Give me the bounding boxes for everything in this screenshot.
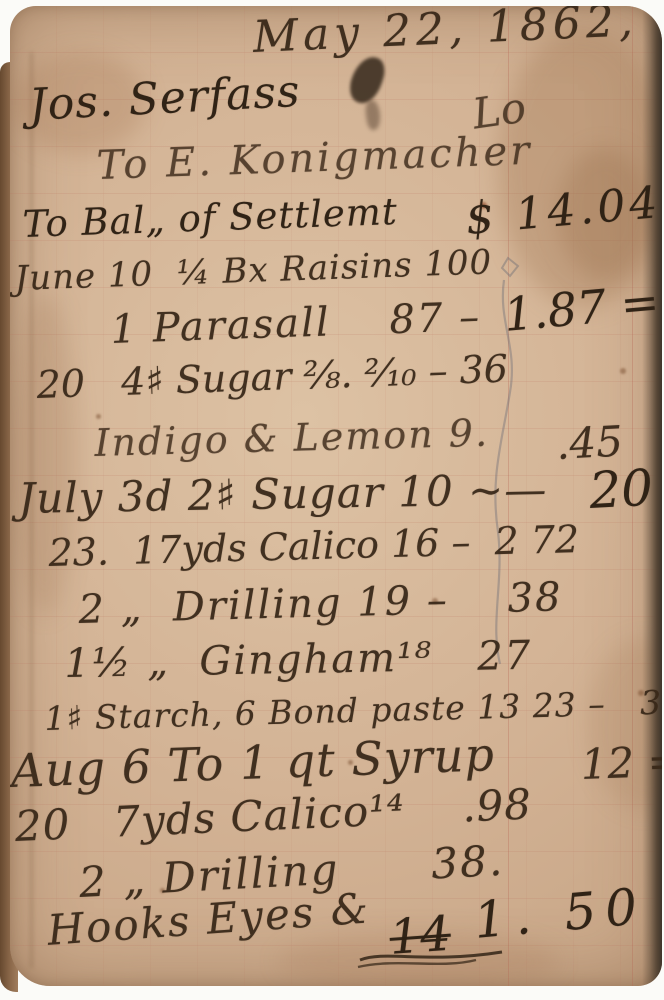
entry-sugar-july-amount: 20 <box>588 463 654 516</box>
entry-sugar-july-desc: July 3d 2♯ Sugar 10 ~— <box>18 469 548 520</box>
ledger-page: May 22, 1862, Jos. Serfass Lo To E. Koni… <box>10 6 662 986</box>
entry-hooks-eyes-amount: 1. 50 <box>472 881 648 946</box>
entry-indigo-lemon-amount: .45 <box>555 421 624 466</box>
foxing-dot <box>96 414 101 419</box>
entry-parasol-amount: 1.87 = <box>502 278 661 337</box>
entry-syrup-amount: 12 = <box>580 740 662 786</box>
photo-background: May 22, 1862, Jos. Serfass Lo To E. Koni… <box>0 0 664 1000</box>
entry-indigo-lemon-desc: Indigo & Lemon 9. <box>94 414 489 462</box>
entry-drilling-july: 2 „ Drilling 19 – 38 <box>78 577 563 630</box>
entry-hooks-eyes-struck: 14 <box>388 910 452 962</box>
entry-gingham: 1½ „ Gingham¹⁸ 27 <box>64 636 532 684</box>
foxing-dot <box>620 368 626 374</box>
